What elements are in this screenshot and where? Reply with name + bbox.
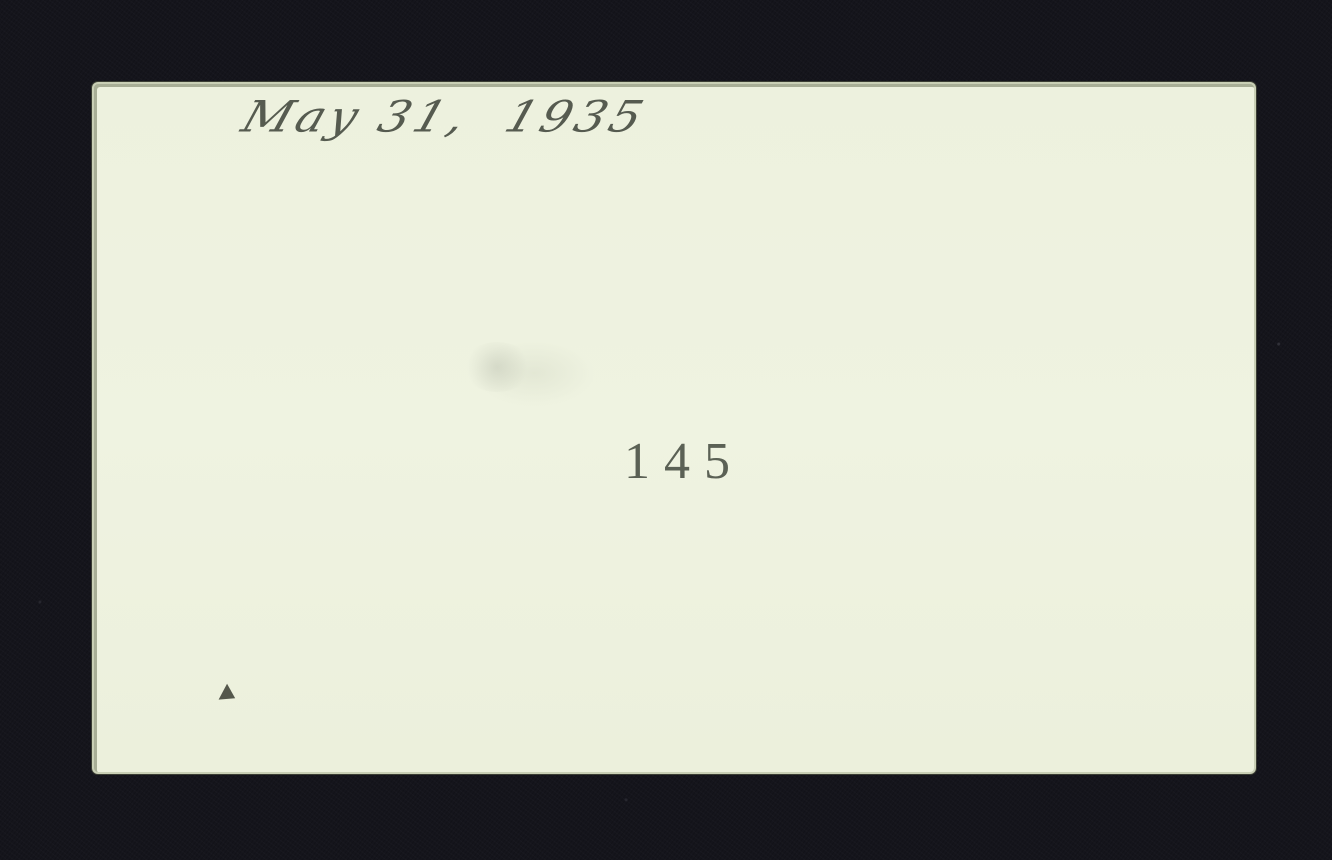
stamped-number: 145 (624, 432, 744, 491)
stain-mark (462, 342, 532, 392)
handwritten-date: May 31, 1935 (236, 92, 654, 142)
ink-mark-icon (219, 684, 240, 706)
card: May 31, 1935 145 (92, 82, 1256, 774)
